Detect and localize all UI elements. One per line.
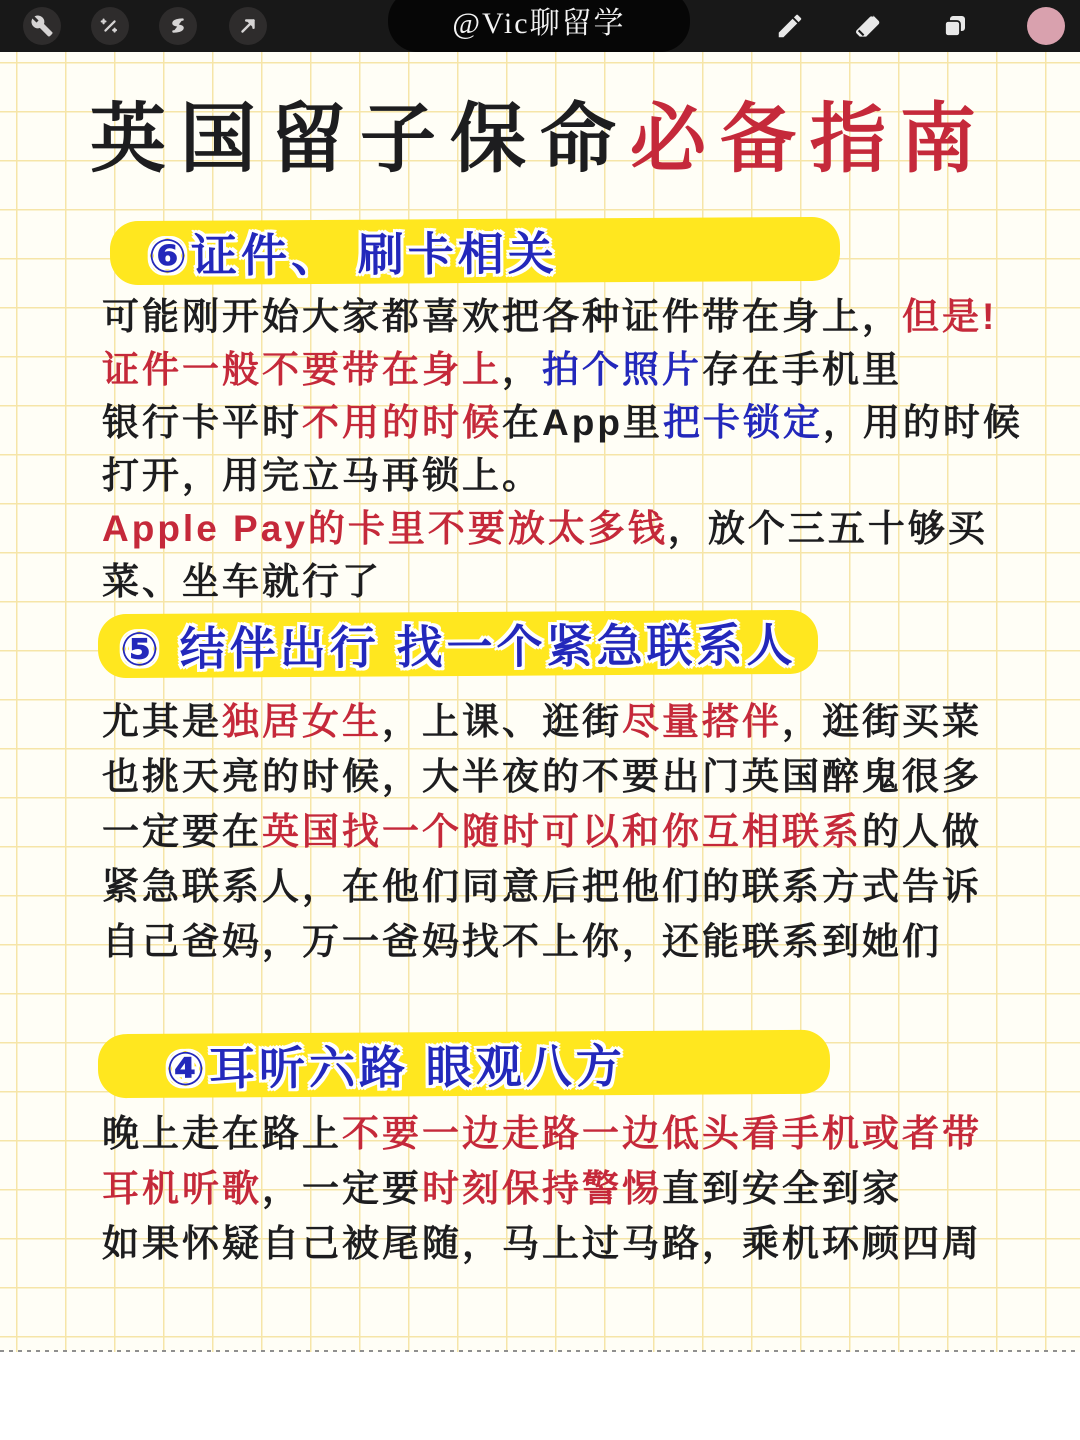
text-run: ，上课、逛街 — [382, 701, 622, 742]
text-run: 如果怀疑自己被尾随，马上过马路，乘机环顾四周 — [102, 1223, 982, 1264]
text-line: 尤其是独居女生，上课、逛街尽量搭伴，逛街买菜 — [102, 694, 1002, 749]
text-run: 存在手机里 — [702, 349, 902, 390]
text-run: ，逛街买菜 — [782, 701, 982, 742]
section-body-4: 晚上走在路上不要一边走路一边低头看手机或者带耳机听歌，一定要时刻保持警惕直到安全… — [102, 1106, 1002, 1271]
text-run: 独居女生 — [222, 701, 382, 742]
text-run: ，用的时候 — [823, 402, 1023, 443]
text-run: 耳机听歌 — [102, 1168, 262, 1209]
section-header-6-label: ⑥证件、 刷卡相关 — [148, 217, 558, 286]
text-run: 把卡锁定 — [663, 402, 823, 443]
text-run: 也挑天亮的时候，大半夜的不要出门英国醉鬼很多 — [102, 756, 982, 797]
text-run: 打开，用完立马再锁上。 — [102, 455, 542, 496]
text-run: 一定要在 — [102, 811, 262, 852]
lasso-icon[interactable] — [159, 7, 197, 45]
magic-wand-icon[interactable] — [91, 7, 129, 45]
section-body-5: 尤其是独居女生，上课、逛街尽量搭伴，逛街买菜也挑天亮的时候，大半夜的不要出门英国… — [102, 694, 1002, 969]
section-header-5-label: ⑤ 结伴出行 找一个紧急联系人 — [120, 609, 797, 679]
text-run: 英国找一个随时可以和你互相联系 — [262, 811, 862, 852]
text-run: 紧急联系人，在他们同意后把他们的联系方式告诉 — [102, 866, 982, 907]
text-run: 不要一边走路一边低头看手机或者带 — [342, 1113, 982, 1154]
share-arrow-icon[interactable] — [229, 7, 267, 45]
pen-icon[interactable] — [770, 6, 810, 46]
note-title-red: 必备指南 — [630, 97, 990, 182]
section-body-6: 可能刚开始大家都喜欢把各种证件带在身上，但是!证件一般不要带在身上，拍个照片存在… — [102, 290, 1002, 608]
text-line: 一定要在英国找一个随时可以和你互相联系的人做 — [102, 804, 1002, 859]
section-header-5: ⑤ 结伴出行 找一个紧急联系人 — [98, 610, 818, 678]
text-line: 耳机听歌，一定要时刻保持警惕直到安全到家 — [102, 1161, 1002, 1216]
toolbar: @Vic聊留学 — [0, 0, 1080, 52]
color-swatch-pink[interactable] — [1026, 6, 1066, 46]
wrench-icon[interactable] — [23, 7, 61, 45]
text-run: 但是! — [902, 296, 997, 337]
text-run: 银行卡平时 — [102, 402, 302, 443]
text-run: 证件一般不要带在身上 — [102, 349, 502, 390]
text-run: 尤其是 — [102, 701, 222, 742]
next-page-margin — [0, 1352, 1080, 1440]
text-run: ，放个三五十够买 — [668, 508, 988, 549]
section-header-4-label: ④耳听六路 眼观八方 — [166, 1030, 626, 1099]
text-line: 可能刚开始大家都喜欢把各种证件带在身上，但是! — [102, 290, 1002, 343]
text-run: 晚上走在路上 — [102, 1113, 342, 1154]
text-run: 菜、坐车就行了 — [102, 561, 382, 602]
text-line: 也挑天亮的时候，大半夜的不要出门英国醉鬼很多 — [102, 749, 1002, 804]
note-title: 英国留子保命必备指南 — [0, 78, 1080, 187]
pink-color-dot — [1027, 7, 1065, 45]
text-line: 银行卡平时不用的时候在App里把卡锁定，用的时候 — [102, 396, 1002, 449]
eraser-icon[interactable] — [848, 6, 888, 46]
copy-pages-icon[interactable] — [935, 6, 975, 46]
text-run: 直到安全到家 — [662, 1168, 902, 1209]
text-run: 在App里 — [502, 402, 663, 443]
text-line: 紧急联系人，在他们同意后把他们的联系方式告诉 — [102, 859, 1002, 914]
section-header-6: ⑥证件、 刷卡相关 — [110, 217, 840, 285]
text-line: 自己爸妈，万一爸妈找不上你，还能联系到她们 — [102, 914, 1002, 969]
text-run: ， — [502, 349, 542, 390]
text-line: 晚上走在路上不要一边走路一边低头看手机或者带 — [102, 1106, 1002, 1161]
account-title-pill: @Vic聊留学 — [388, 0, 690, 52]
account-title: @Vic聊留学 — [452, 0, 625, 52]
text-line: 菜、坐车就行了 — [102, 555, 1002, 608]
text-run: ，一定要 — [262, 1168, 422, 1209]
text-run: Apple Pay的卡里不要放太多钱 — [102, 508, 668, 549]
text-line: 证件一般不要带在身上，拍个照片存在手机里 — [102, 343, 1002, 396]
text-line: 如果怀疑自己被尾随，马上过马路，乘机环顾四周 — [102, 1216, 1002, 1271]
text-run: 时刻保持警惕 — [422, 1168, 662, 1209]
text-run: 拍个照片 — [542, 349, 702, 390]
text-run: 的人做 — [862, 811, 982, 852]
text-line: 打开，用完立马再锁上。 — [102, 449, 1002, 502]
text-run: 不用的时候 — [302, 402, 502, 443]
text-run: 自己爸妈，万一爸妈找不上你，还能联系到她们 — [102, 921, 942, 962]
text-run: 可能刚开始大家都喜欢把各种证件带在身上， — [102, 296, 902, 337]
text-line: Apple Pay的卡里不要放太多钱，放个三五十够买 — [102, 502, 1002, 555]
section-header-4: ④耳听六路 眼观八方 — [98, 1030, 830, 1098]
note-title-black: 英国留子保命 — [90, 97, 630, 182]
text-run: 尽量搭伴 — [622, 701, 782, 742]
